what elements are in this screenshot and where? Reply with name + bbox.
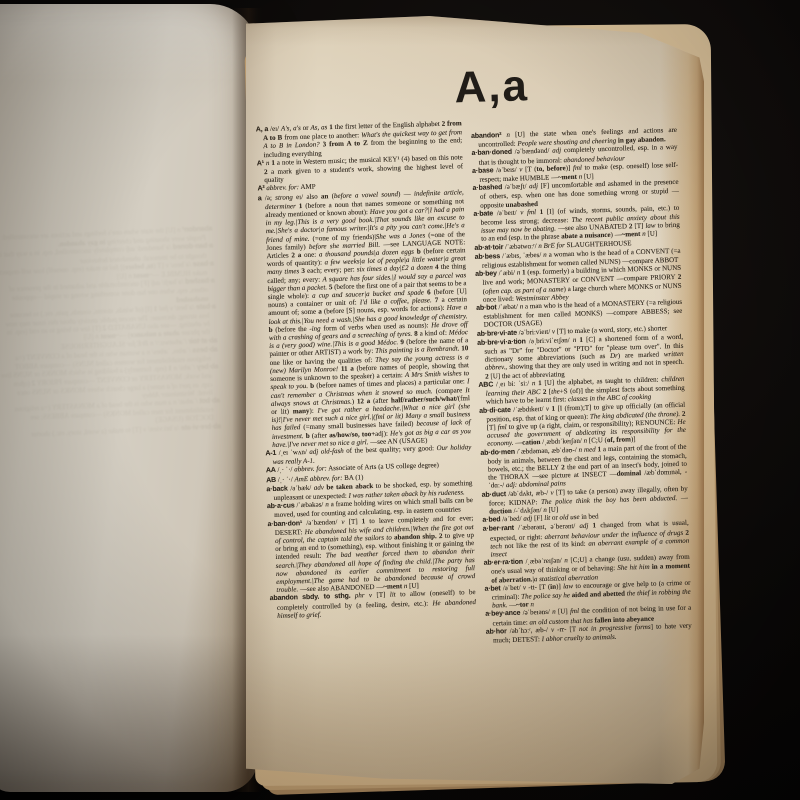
headword: ab·at·toir [188, 337, 217, 345]
headword: ab·bey [475, 271, 497, 279]
headword: ab·bot [199, 397, 220, 405]
headword: a·base [193, 260, 215, 268]
dictionary-entry: a /ə; strong eɪ/ also an (before a vowel… [258, 188, 471, 449]
dictionary-entry: abandon sbdy. to sthg. phr v [T] lit to … [270, 588, 477, 620]
headword: a·ban·don¹ [267, 520, 302, 528]
headword: a·back [266, 485, 287, 493]
left-page: abandon² n [U] the state when one's feel… [0, 4, 258, 792]
headword: a·bashed [473, 184, 503, 192]
headword: a·base [472, 167, 493, 175]
headword: ABC [478, 381, 493, 388]
dictionary-entry: a·bate /əˈbeɪt/ v fml 1 [I] (of winds, s… [473, 204, 680, 244]
headword: abandon² [182, 225, 213, 233]
dictionary-entry: ab·do·men /ˈæbdəmən, æbˈdəʊ-/ n med 1 a … [480, 442, 687, 490]
dictionary-column-left: A, a /eɪ/ A's, a's or As, as 1 the first… [256, 119, 478, 651]
headword: AA [266, 467, 276, 474]
dictionary-entry: ab·bre·vi·a·tion /əˌbriːviˈeɪʃən/ n 1 [C… [477, 333, 684, 381]
headword: ab·do·men [480, 448, 515, 456]
headword: a·bate [196, 303, 216, 311]
photo-backdrop: abandon² n [U] the state when one's feel… [0, 0, 800, 800]
headword: ab·er·ra·tion [484, 559, 523, 567]
headword: ab·bre·vi·a·tion [477, 338, 526, 346]
headword: ab·bey [197, 364, 219, 372]
headword: ab·bre·vi·ate [477, 329, 517, 337]
headword: ab·di·cate [479, 406, 511, 414]
show-through-text: abandon² n [U] the state when one's feel… [0, 224, 235, 763]
headword: ab·bot [476, 304, 497, 312]
headword: a·bey·ance [485, 610, 520, 618]
headword: A² [257, 186, 264, 193]
headword: a·ban·doned [173, 243, 214, 252]
dictionary-content: A,a A, a /eɪ/ A's, a's or As, as 1 the f… [254, 60, 701, 652]
headword: A¹ [257, 160, 264, 167]
headword: A, a [256, 126, 269, 133]
headword: ab·hor [486, 628, 507, 636]
headword: ab·bre·vi·ate [181, 423, 221, 432]
headword: A-1 [265, 450, 276, 457]
headword: a·ban·doned [472, 149, 513, 157]
headword: a·bate [473, 210, 493, 218]
dictionary-columns: A, a /eɪ/ A's, a's or As, as 1 the first… [256, 113, 701, 652]
headword: a·bet [484, 585, 500, 592]
headword: ab·bess [192, 346, 218, 354]
dictionary-column-right: abandon² n [U] the state when one's feel… [471, 126, 692, 645]
headword: a·ber·rant [483, 525, 514, 533]
headword: abandon² [471, 132, 501, 140]
headword: a·bed [482, 516, 500, 524]
headword: ab·duct [482, 491, 506, 499]
headword: AB [266, 476, 276, 483]
page-header: A,a [276, 59, 704, 116]
dictionary-entry: ab·di·cate /ˈæbdɪkeɪt/ v 1 [I (from);T] … [479, 400, 686, 448]
right-page: A,a A, a /eɪ/ A's, a's or As, as 1 the f… [246, 16, 704, 784]
dictionary-entry: a·ban·don¹ /əˈbændən/ v [T] 1 to leave c… [267, 514, 475, 595]
headword: ab·at·toir [474, 244, 503, 252]
headword: ab·a·cus [267, 503, 295, 511]
headword: ab·bess [475, 253, 501, 261]
headword: a [258, 195, 262, 202]
headword: abandon sbdy. to sthg. [270, 593, 351, 602]
headword: a·bashed [185, 278, 215, 286]
